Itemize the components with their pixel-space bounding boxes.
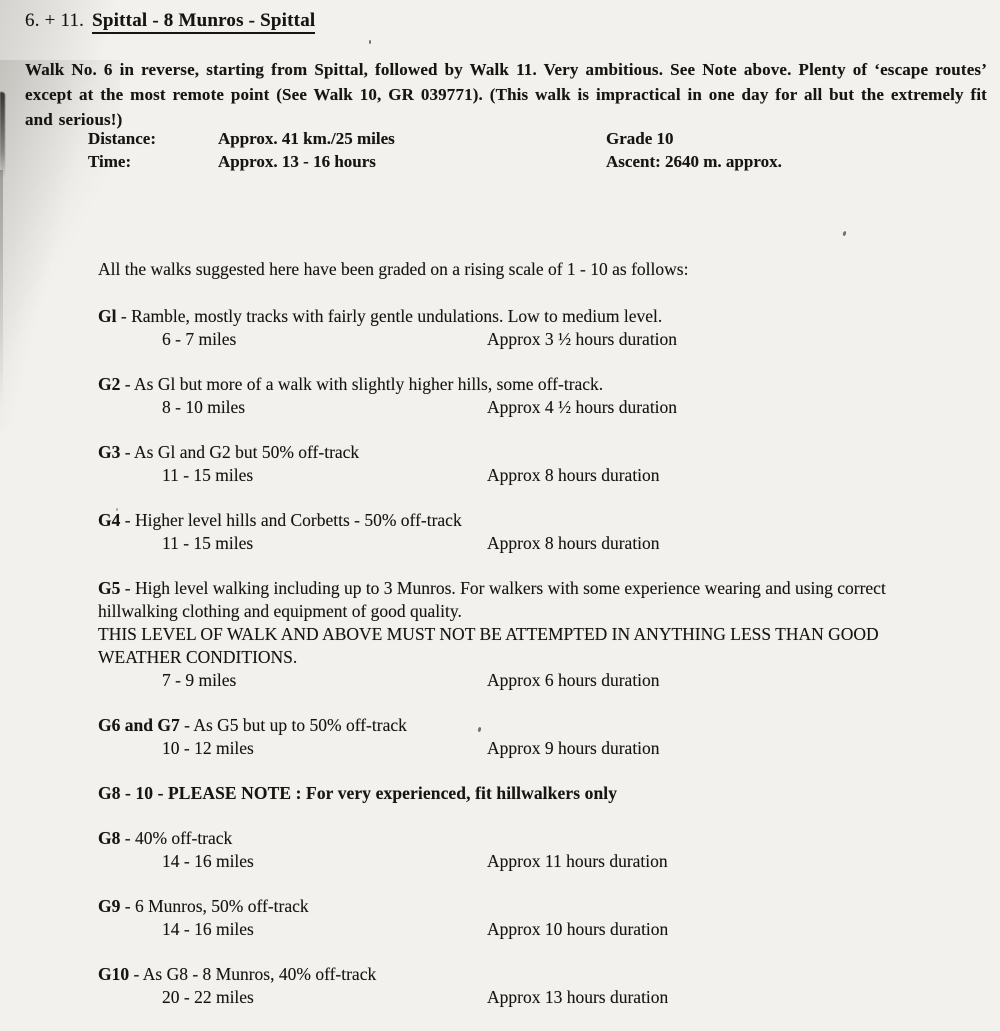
grade-entry-g1: Gl - Ramble, mostly tracks with fairly g… — [98, 305, 958, 351]
grade-line: Gl - Ramble, mostly tracks with fairly g… — [98, 305, 958, 328]
grade-separator: - — [120, 578, 135, 598]
grade-entry-g4: G4 - Higher level hills and Corbetts - 5… — [98, 509, 958, 555]
grade-miles: 14 - 16 miles — [162, 850, 254, 873]
grade-description: As Gl and G2 but 50% off-track — [134, 442, 359, 462]
grade-description: As G5 but up to 50% off-track — [193, 715, 407, 735]
scan-speck — [842, 231, 846, 237]
grade-duration: Approx 9 hours duration — [487, 737, 660, 760]
grade-separator: - — [120, 442, 134, 462]
grade-description: Higher level hills and Corbetts - 50% of… — [135, 510, 462, 530]
grade-line: G10 - As G8 - 8 Munros, 40% off-track — [98, 963, 958, 986]
grade-separator: - — [120, 374, 134, 394]
scan-edge-faint-sliver — [0, 170, 3, 410]
grade-separator: - — [120, 828, 135, 848]
grade-description: 40% off-track — [135, 828, 232, 848]
grading-intro: All the walks suggested here have been g… — [98, 258, 958, 281]
grade-detail-row: 7 - 9 miles Approx 6 hours duration — [98, 669, 958, 692]
grade-miles: 6 - 7 miles — [162, 328, 236, 351]
walk-header: 6. + 11.Spittal - 8 Munros - Spittal — [25, 10, 315, 32]
grade-miles: 8 - 10 miles — [162, 396, 245, 419]
grade-detail-row: 10 - 12 miles Approx 9 hours duration — [98, 737, 958, 760]
grade-description: As G8 - 8 Munros, 40% off-track — [143, 964, 376, 984]
grade-duration: Approx 6 hours duration — [487, 669, 660, 692]
grade-duration: Approx 4 ½ hours duration — [487, 396, 677, 419]
grade-miles: 11 - 15 miles — [162, 464, 253, 487]
grade-line: G2 - As Gl but more of a walk with sligh… — [98, 373, 958, 396]
walk-number: 6. + 11. — [25, 10, 84, 31]
grade-code: G10 — [98, 964, 129, 984]
grade-code: G3 — [98, 442, 120, 462]
grade-duration: Approx 3 ½ hours duration — [487, 328, 677, 351]
grade-code: G6 and G7 — [98, 715, 180, 735]
grade-miles: 20 - 22 miles — [162, 986, 254, 1009]
grade-description: 6 Munros, 50% off-track — [135, 896, 309, 916]
grade-detail-row: 11 - 15 miles Approx 8 hours duration — [98, 532, 958, 555]
grade-miles: 7 - 9 miles — [162, 669, 236, 692]
grade-line: G6 and G7 - As G5 but up to 50% off-trac… — [98, 714, 958, 737]
grade-line: G5 - High level walking including up to … — [98, 577, 890, 623]
grade-weather-warning: THIS LEVEL OF WALK AND ABOVE MUST NOT BE… — [98, 623, 898, 669]
grade-separator: - — [129, 964, 143, 984]
grade-description: Ramble, mostly tracks with fairly gentle… — [131, 306, 662, 326]
intro-paragraph: Walk No. 6 in reverse, starting from Spi… — [25, 57, 987, 132]
grade-description: As Gl but more of a walk with slightly h… — [134, 374, 603, 394]
grade-code: G4 — [98, 510, 120, 530]
grade-duration: Approx 13 hours duration — [487, 986, 668, 1009]
grade-value: Grade 10 — [606, 127, 674, 150]
scan-edge-dark-sliver — [0, 92, 5, 178]
grade-entry-g2: G2 - As Gl but more of a walk with sligh… — [98, 373, 958, 419]
grading-scale-section: All the walks suggested here have been g… — [98, 258, 958, 1031]
grade-entry-g6-g7: G6 and G7 - As G5 but up to 50% off-trac… — [98, 714, 958, 760]
grade-entry-g3: G3 - As Gl and G2 but 50% off-track 11 -… — [98, 441, 958, 487]
grade-separator: - — [116, 306, 131, 326]
grade-code: G9 — [98, 896, 120, 916]
grade-separator: - — [120, 510, 135, 530]
grade-code: Gl — [98, 306, 116, 326]
grade-code: G8 — [98, 828, 120, 848]
grade-miles: 11 - 15 miles — [162, 532, 253, 555]
grade-line: G9 - 6 Munros, 50% off-track — [98, 895, 958, 918]
walk-title: Spittal - 8 Munros - Spittal — [92, 10, 315, 34]
time-value: Approx. 13 - 16 hours — [218, 150, 376, 173]
grade-code: G5 — [98, 578, 120, 598]
grade-entry-g10: G10 - As G8 - 8 Munros, 40% off-track 20… — [98, 963, 958, 1009]
grade-miles: 10 - 12 miles — [162, 737, 254, 760]
grade-line: G4 - Higher level hills and Corbetts - 5… — [98, 509, 958, 532]
scan-speck — [369, 40, 371, 44]
grade-duration: Approx 11 hours duration — [487, 850, 668, 873]
grade-detail-row: 20 - 22 miles Approx 13 hours duration — [98, 986, 958, 1009]
ascent-value: Ascent: 2640 m. approx. — [606, 150, 782, 173]
grade-duration: Approx 10 hours duration — [487, 918, 668, 941]
grade-separator: - — [180, 715, 194, 735]
grade-code: G2 — [98, 374, 120, 394]
scanned-document-page: 6. + 11.Spittal - 8 Munros - Spittal Wal… — [0, 0, 1000, 1031]
grade-line: G8 - 40% off-track — [98, 827, 958, 850]
g8-10-please-note: G8 - 10 - PLEASE NOTE : For very experie… — [98, 782, 958, 805]
distance-value: Approx. 41 km./25 miles — [218, 127, 395, 150]
grade-miles: 14 - 16 miles — [162, 918, 254, 941]
grade-detail-row: 8 - 10 miles Approx 4 ½ hours duration — [98, 396, 958, 419]
grade-separator: - — [120, 896, 135, 916]
grade-duration: Approx 8 hours duration — [487, 464, 660, 487]
grade-detail-row: 6 - 7 miles Approx 3 ½ hours duration — [98, 328, 958, 351]
grade-line: G3 - As Gl and G2 but 50% off-track — [98, 441, 958, 464]
grade-detail-row: 11 - 15 miles Approx 8 hours duration — [98, 464, 958, 487]
grade-entry-g5: G5 - High level walking including up to … — [98, 577, 958, 692]
time-label: Time: — [88, 150, 131, 173]
grade-entry-g9: G9 - 6 Munros, 50% off-track 14 - 16 mil… — [98, 895, 958, 941]
grade-entry-g8: G8 - 40% off-track 14 - 16 miles Approx … — [98, 827, 958, 873]
grade-detail-row: 14 - 16 miles Approx 11 hours duration — [98, 850, 958, 873]
grade-detail-row: 14 - 16 miles Approx 10 hours duration — [98, 918, 958, 941]
grade-description: High level walking including up to 3 Mun… — [98, 578, 886, 621]
distance-label: Distance: — [88, 127, 156, 150]
grade-duration: Approx 8 hours duration — [487, 532, 660, 555]
